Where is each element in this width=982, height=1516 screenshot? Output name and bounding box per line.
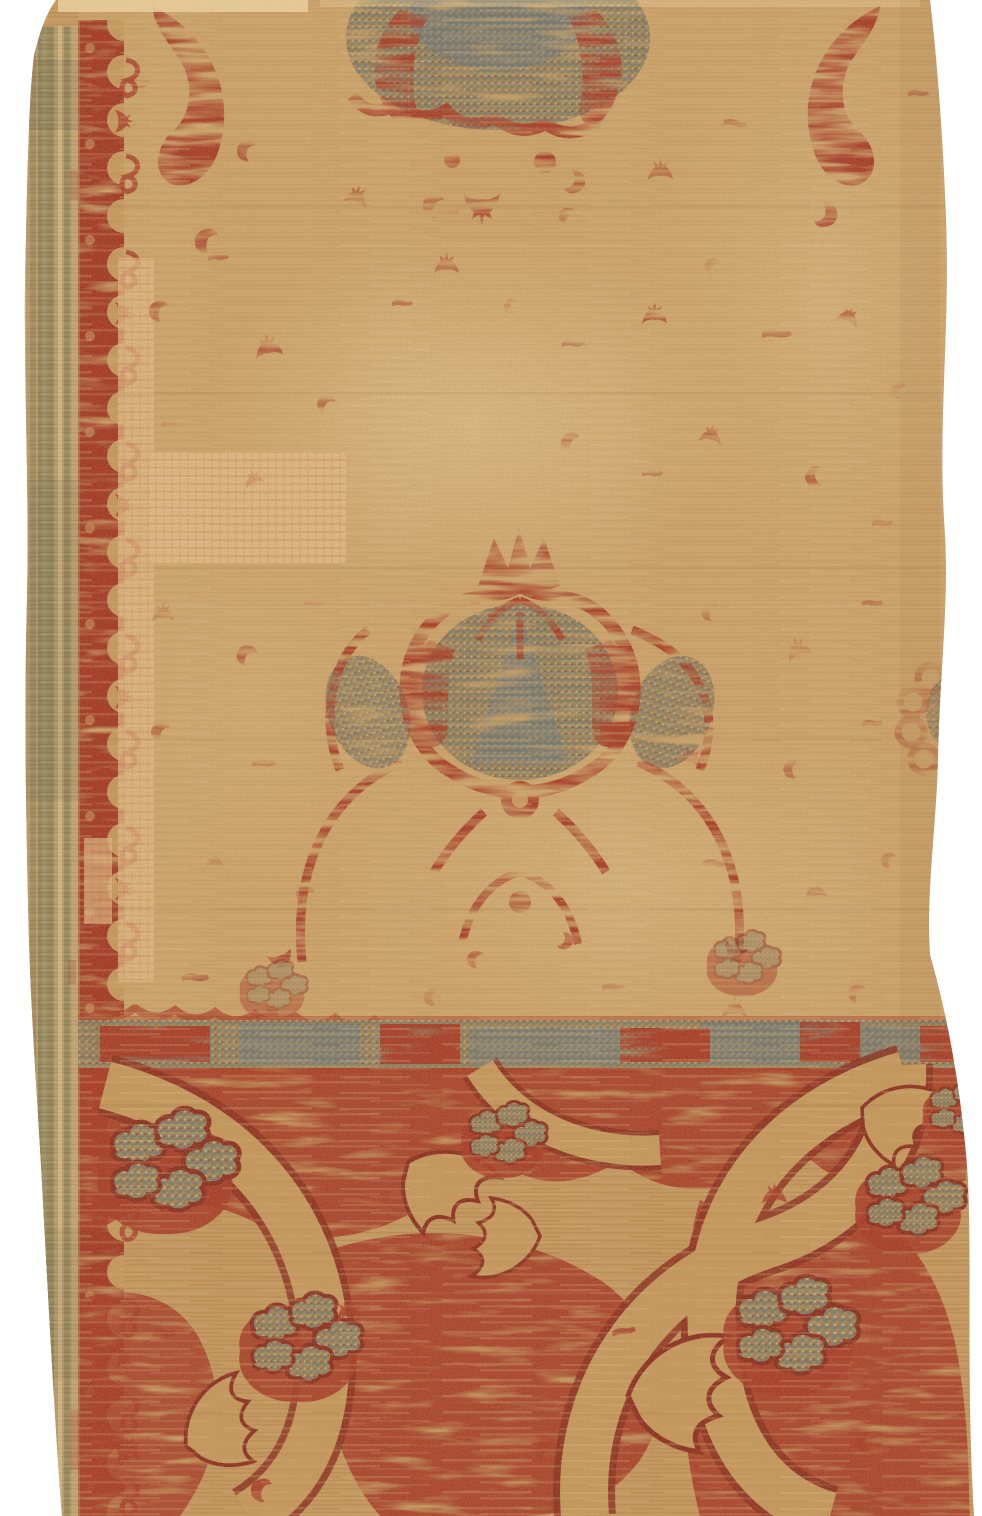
top-fold-edge <box>58 0 308 12</box>
fabric-grain <box>0 0 982 1516</box>
textile-photograph: Antique red and gold woven silk textile … <box>0 0 982 1516</box>
fabric-fragment <box>0 0 982 1516</box>
